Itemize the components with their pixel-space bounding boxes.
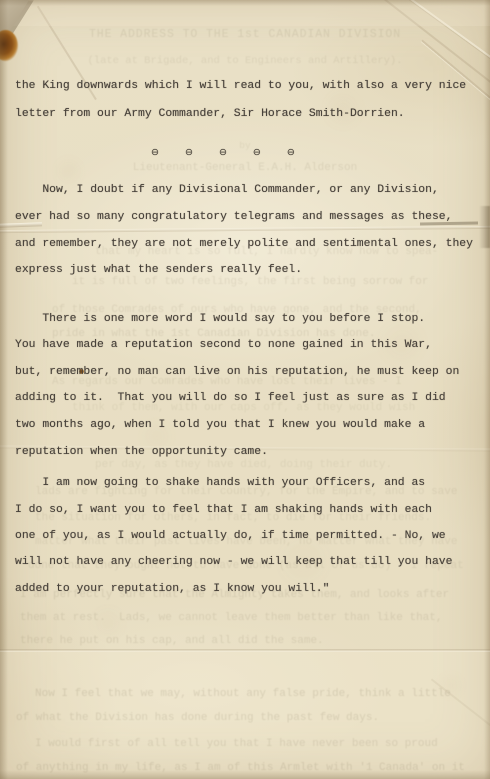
- diagonal-crease: [431, 678, 490, 735]
- typed-line: There is one more word I would say to yo…: [15, 313, 425, 325]
- scan-edge-shadow: [484, 0, 490, 779]
- edge-tear: [0, 222, 42, 227]
- letter-page: THE ADDRESS TO THE 1st CANADIAN DIVISION…: [0, 0, 490, 779]
- ghost-text-line: of anything in my life, as I am of this …: [16, 762, 465, 774]
- ghost-text-line: of what the Division has done during the…: [16, 712, 379, 724]
- corner-crease-highlight: [349, 0, 490, 72]
- typed-line: two months ago, when I told you that I k…: [15, 419, 425, 431]
- typed-line: I am now going to shake hands with your …: [15, 477, 425, 489]
- ghost-text-line: them at rest. Lads, we cannot leave them…: [20, 612, 442, 624]
- ghost-title: THE ADDRESS TO THE 1st CANADIAN DIVISION: [0, 28, 490, 41]
- typed-line: and remember, they are not merely polite…: [15, 238, 473, 250]
- diagonal-crease: [422, 40, 490, 118]
- top-fold-panel: [0, 0, 490, 26]
- typed-line: adding to it. That you will do so I feel…: [15, 392, 446, 404]
- fold-crease-lower: [0, 649, 490, 652]
- separator-glyph: ⊖: [219, 147, 227, 158]
- ghost-text-line: I would first of all tell you that I hav…: [35, 738, 438, 750]
- typed-line: letter from our Army Commander, Sir Hora…: [15, 108, 405, 120]
- typed-line: express just what the senders really fee…: [15, 264, 302, 276]
- ghost-text-line: per day, as they have died, doing their …: [95, 459, 392, 471]
- scan-edge-shadow: [0, 0, 490, 6]
- typed-line: reputation when the opportunity came.: [15, 446, 268, 458]
- fold-crease-upper: [0, 226, 490, 233]
- ghost-text-line: Now I feel that we may, without any fals…: [35, 688, 451, 700]
- scan-edge-shadow: [0, 0, 8, 779]
- separator-glyph: ⊖: [287, 147, 295, 158]
- typed-line: I do so, I want you to feel that I am sh…: [15, 504, 432, 516]
- asterisk-separator: ⊖ ⊖ ⊖ ⊖ ⊖: [151, 147, 295, 158]
- ghost-text-line: there he put on his cap, and all did the…: [20, 635, 324, 647]
- separator-glyph: ⊖: [185, 147, 193, 158]
- rust-stain: [0, 30, 18, 61]
- typed-line: You have made a reputation second to non…: [15, 339, 432, 351]
- bottom-fold-panel: [0, 651, 490, 779]
- ghost-byline: Lieutenant-General E.A.H. Alderson: [0, 162, 490, 174]
- ghost-subtitle: (late at Brigade, and to Engineers and A…: [0, 55, 490, 67]
- separator-glyph: ⊖: [151, 147, 159, 158]
- typed-line: will not have any cheering now - we will…: [15, 556, 452, 568]
- typed-line: the King downwards which I will read to …: [15, 80, 466, 92]
- scan-edge-shadow: [0, 770, 490, 779]
- typed-line: Now, I doubt if any Divisional Commander…: [15, 184, 439, 196]
- typed-line: one of you, as I would actually do, if t…: [15, 530, 446, 542]
- separator-glyph: ⊖: [253, 147, 261, 158]
- typed-line: but, remember, no man can live on his re…: [15, 366, 459, 378]
- edge-nick: [479, 206, 490, 248]
- ghost-text-line: it is full of two feelings, the first be…: [72, 276, 428, 288]
- typed-line: added to your reputation, as I know you …: [15, 583, 329, 595]
- typed-line: ever had so many congratulatory telegram…: [15, 211, 452, 223]
